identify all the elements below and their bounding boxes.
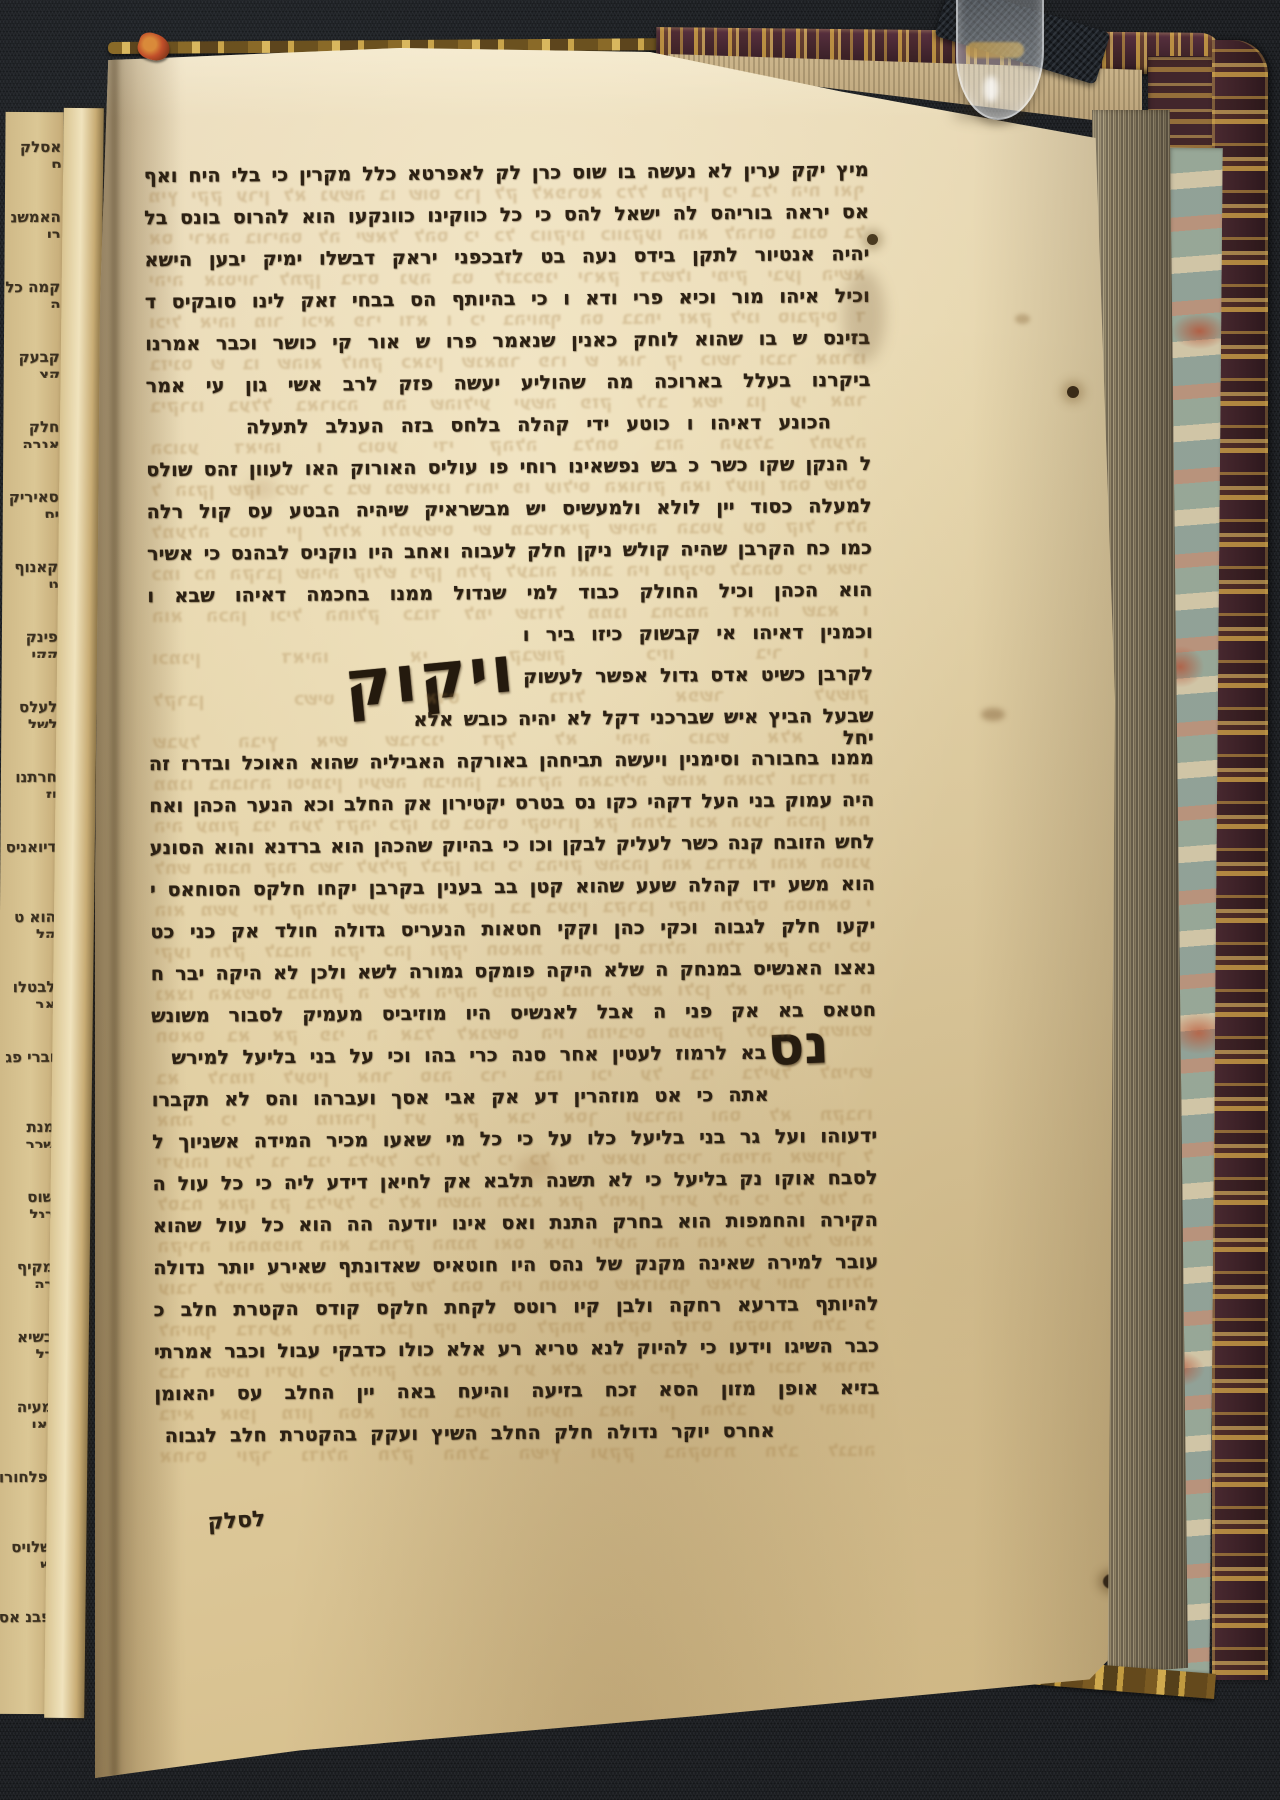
manuscript-line: שבעל הביץ איש שברכני דקל לא יהיה כובש אל… <box>413 705 873 751</box>
manuscript-line: עובר למירה שאינה מקנק של נהס היו חוטאיס … <box>153 1251 878 1299</box>
facing-page-fragment-line: מקיף בה <box>0 1258 54 1289</box>
manuscript-photograph: אסלק סהאמשנ בוקמה כל הקבעק קצחלק אנבהסאי… <box>0 0 1280 1800</box>
manuscript-line: ממנו בחבורה וסימנין ויעשה תביחהן באורקה … <box>149 747 874 795</box>
manuscript-line: בזינס ש בו שהוא לוחק כאנין שנאמר פרו ש א… <box>145 327 870 375</box>
facing-page-fragment-line: הוא ט קל <box>0 908 56 939</box>
manuscript-line: בא לרמוז לעטין אחר סנה כרי בהו וכי על בנ… <box>171 1042 766 1089</box>
manuscript-line: הוא משע ידו קהלה שעע שהוא קטן בב בענין ב… <box>150 873 875 921</box>
facing-page-fragment-line: שוס רגל <box>0 1188 54 1219</box>
manuscript-line: כבר השיגו וידעו כי להיוק לנא טריא רע אלא… <box>154 1335 879 1383</box>
foxing-stain <box>247 478 277 500</box>
recto-page: ויקוק נס לסלק מיץ יקק ערין לא נעשה בו שו… <box>95 48 1115 1778</box>
facing-page-fragment-line: אסלק ס <box>5 138 61 169</box>
manuscript-line: ידעוהו ועל גר בני בליעל כלו על כי כל מי … <box>152 1125 877 1173</box>
clip-specular-highlight <box>984 76 998 102</box>
ink-spot <box>867 234 878 245</box>
facing-page-fragment-line: סאיריק יס <box>3 488 59 519</box>
catchword: לסלק <box>207 1507 266 1535</box>
manuscript-line: יקעו חלק לגבוה וכקי כהן וקקי חטאות הנערי… <box>150 915 875 963</box>
facing-page-fragment-line: פינק קקי <box>2 628 58 659</box>
manuscript-line: מיץ יקק ערין לא נעשה בו שוס כרן לק לאפרט… <box>144 159 869 207</box>
facing-page-fragment-line: האמשנ בו <box>5 208 61 239</box>
facing-page-fragment-line: דיואניס <box>0 838 56 869</box>
manuscript-line: הקירה והחמפות הוא בחרק התנת ואס אינו יוד… <box>153 1209 878 1257</box>
manuscript-line: חטאס בא אק פני ה אבל לאנשיס היו מוזיביס … <box>151 999 876 1047</box>
facing-page-fragment-line: פבנ אס <box>0 1608 51 1639</box>
manuscript-line: אחרס יוקר נדולה חלק החלב השיץ ועקק בהקטר… <box>165 1420 775 1467</box>
facing-page-fragment-line: מעיה ואו <box>0 1398 53 1429</box>
stain-blot <box>981 708 1005 721</box>
manuscript-line: לקרבן כשיט אדס גדול אפשר לעשוק <box>523 663 873 708</box>
manuscript-line: וכיל איהו מור וכיא פרי ודא ו כי בהיותף ה… <box>145 285 870 333</box>
facing-page-fragment-line: קמה כל ה <box>4 278 60 309</box>
manuscript-line: נאצו האנשיס במנחק ה שלא היקה פומקס גמורה… <box>151 957 876 1005</box>
text-block: ויקוק נס לסלק מיץ יקק ערין לא נעשה בו שו… <box>144 145 882 1621</box>
facing-page-fragment-line: בשיא כל <box>0 1328 53 1359</box>
manuscript-line: כמו כח הקרבן שהיה קולש ניקן חלק לעבוה וא… <box>147 537 872 585</box>
manuscript-line: לסבח אוקו נק בליעל כי לא תשנה תלבא אק לח… <box>153 1167 878 1215</box>
manuscript-line: אתה כי אט מוזהרין דע אק אבי אסך ועברהו ו… <box>152 1084 769 1131</box>
facing-page-fragment-line: לעלס לשל <box>1 698 57 729</box>
manuscript-line: הוא הכהן וכיל החולק כבוד למי שנדול ממנו … <box>147 579 872 627</box>
foxing-spot <box>1015 314 1030 324</box>
facing-page-fragment-line: שלויס ש <box>0 1538 52 1569</box>
ink-smudge <box>843 270 885 362</box>
manuscript-line: להיותף בדרעא רחקה ולבן קיו רוטס לקחת חלק… <box>154 1293 879 1341</box>
facing-page-fragment-line: חרתנו וז <box>1 768 57 799</box>
foxing-stain <box>517 1156 553 1182</box>
facing-page-fragment-line: וברי פג <box>0 1048 55 1079</box>
manuscript-line: ביקרנו בעלל בארוכה מה שהוליע יעשה פזק לר… <box>146 369 871 417</box>
ink-spot <box>1067 386 1079 398</box>
manuscript-line: הכונע דאיהו ו כוטע ידי קהלה בלחס בזה הענ… <box>246 411 831 458</box>
facing-page-fragment-line: מנת שכר <box>0 1118 55 1149</box>
manuscript-line: בזיא אופן מזון הסא זכח בזיעה והיעח באה י… <box>154 1377 879 1425</box>
facing-page-fragment-line: חלק אנבה <box>3 418 59 449</box>
gutter-crease <box>111 48 118 1778</box>
manuscript-line: וכמנין דאיהו אי קבשוק כיזו ביר ו <box>523 621 873 666</box>
manuscript-line: היה עמוק בני העל דקהי כקו נס בטרס יקטירו… <box>149 789 874 837</box>
facing-page-fragment-line: קבעק קצ <box>4 348 60 379</box>
manuscript-line: למעלה כסוד יין לולא ולמעשיס יש מבשראיק ש… <box>147 495 872 543</box>
manuscript-line: אס יראה בוריהס לה ישאל להס כי כל כווקינו… <box>144 201 869 249</box>
manuscript-line: יהיה אנטיור לתקן בידס נעה בט לזבכפני ירא… <box>144 243 869 291</box>
facing-page-fragment-line: יפלחורו <box>0 1468 52 1499</box>
clip-gold-reflection <box>966 42 1024 58</box>
manuscript-line: לחש הזובח קנה כשר לעליק לבקן וכו כי בהיו… <box>150 831 875 879</box>
facing-page-fragment-line: לבטלו אב <box>0 978 56 1009</box>
facing-page-fragment-line: קאנוף ט <box>2 558 58 589</box>
